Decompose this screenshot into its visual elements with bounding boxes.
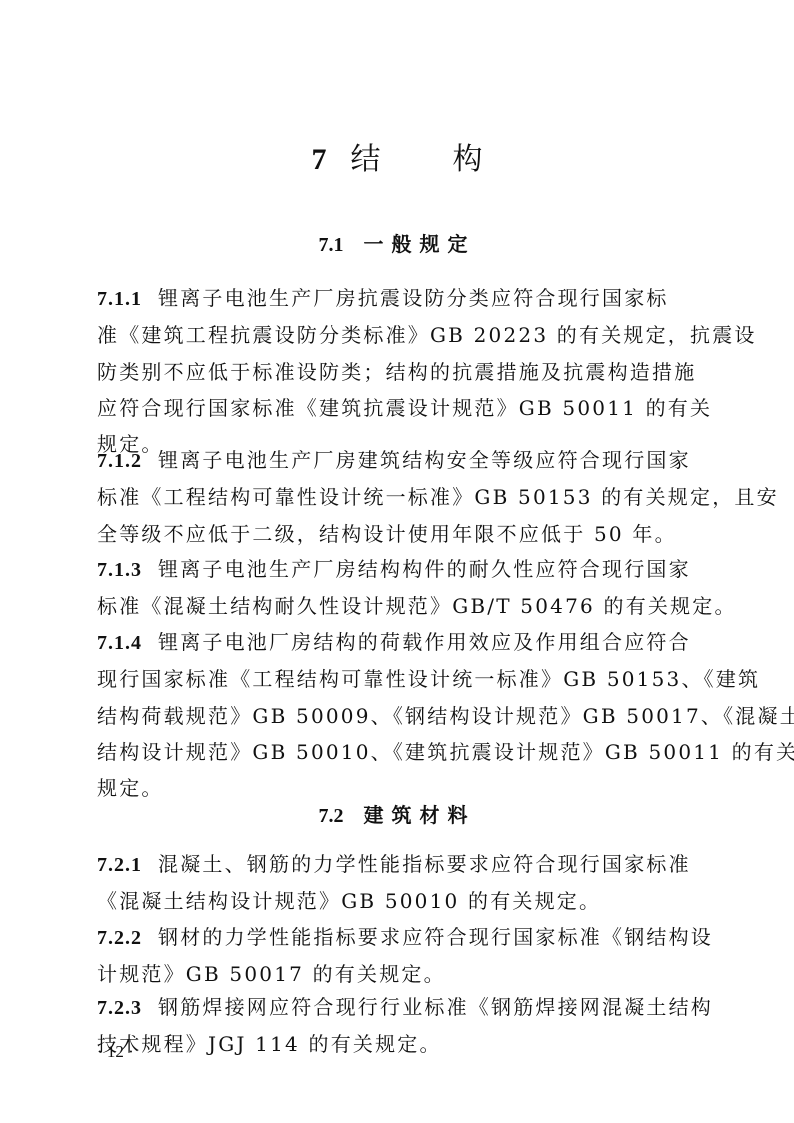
clause-text: 锂离子电池厂房结构的荷载作用效应及作用组合应符合 <box>158 630 691 654</box>
clause-7-1-4: 7.1.4锂离子电池厂房结构的荷载作用效应及作用组合应符合 现行国家标准《工程结… <box>97 624 717 806</box>
section-number: 7.1 <box>319 234 344 256</box>
section-heading: 建筑材料 <box>364 803 476 827</box>
clause-text: 准《建筑工程抗震设防分类标准》GB 20223 的有关规定，抗震设 <box>97 317 717 353</box>
document-page: 7结构 7.1一般规定 7.1.1锂离子电池生产厂房抗震设防分类应符合现行国家标… <box>0 0 794 1123</box>
clause-text: 钢材的力学性能指标要求应符合现行国家标准《钢结构设 <box>158 925 713 949</box>
chapter-title-part1: 结 <box>351 142 381 177</box>
clause-number: 7.2.3 <box>97 997 142 1019</box>
clause-text: 锂离子电池生产厂房建筑结构安全等级应符合现行国家 <box>158 448 691 472</box>
clause-number: 7.1.3 <box>97 559 142 581</box>
clause-text: 结构设计规范》GB 50010、《建筑抗震设计规范》GB 50011 的有关 <box>97 734 717 770</box>
clause-text: 防类别不应低于标准设防类；结构的抗震措施及抗震构造措施 <box>97 354 717 390</box>
section-heading: 一般规定 <box>364 232 476 256</box>
clause-text: 全等级不应低于二级，结构设计使用年限不应低于 50 年。 <box>97 516 717 552</box>
clause-7-1-2: 7.1.2锂离子电池生产厂房建筑结构安全等级应符合现行国家 标准《工程结构可靠性… <box>97 442 717 552</box>
clause-text: 计规范》GB 50017 的有关规定。 <box>97 956 717 992</box>
clause-text: 锂离子电池生产厂房结构构件的耐久性应符合现行国家 <box>158 557 691 581</box>
section-title-7-1: 7.1一般规定 <box>0 230 794 259</box>
section-number: 7.2 <box>319 805 344 827</box>
clause-text: 混凝土、钢筋的力学性能指标要求应符合现行国家标准 <box>158 852 691 876</box>
clause-7-2-2: 7.2.2钢材的力学性能指标要求应符合现行国家标准《钢结构设 计规范》GB 50… <box>97 919 717 993</box>
clause-7-1-3: 7.1.3锂离子电池生产厂房结构构件的耐久性应符合现行国家 标准《混凝土结构耐久… <box>97 551 717 625</box>
chapter-title: 7结构 <box>0 140 794 180</box>
clause-number: 7.1.1 <box>97 288 142 310</box>
clause-text: 应符合现行国家标准《建筑抗震设计规范》GB 50011 的有关 <box>97 390 717 426</box>
chapter-number: 7 <box>312 143 327 176</box>
clause-text: 标准《混凝土结构耐久性设计规范》GB/T 50476 的有关规定。 <box>97 588 717 624</box>
clause-number: 7.2.2 <box>97 927 142 949</box>
clause-text: 钢筋焊接网应符合现行行业标准《钢筋焊接网混凝土结构 <box>158 995 713 1019</box>
clause-text: 锂离子电池生产厂房抗震设防分类应符合现行国家标 <box>158 286 669 310</box>
clause-text: 标准《工程结构可靠性设计统一标准》GB 50153 的有关规定，且安 <box>97 479 717 515</box>
clause-7-2-3: 7.2.3钢筋焊接网应符合现行行业标准《钢筋焊接网混凝土结构 技术规程》JGJ … <box>97 989 717 1063</box>
clause-number: 7.2.1 <box>97 854 142 876</box>
chapter-title-part2: 构 <box>453 142 483 177</box>
clause-7-1-1: 7.1.1锂离子电池生产厂房抗震设防分类应符合现行国家标 准《建筑工程抗震设防分… <box>97 280 717 462</box>
clause-text: 现行国家标准《工程结构可靠性设计统一标准》GB 50153、《建筑 <box>97 661 717 697</box>
clause-number: 7.1.2 <box>97 450 142 472</box>
clause-number: 7.1.4 <box>97 632 142 654</box>
section-title-7-2: 7.2建筑材料 <box>0 801 794 830</box>
clause-7-2-1: 7.2.1混凝土、钢筋的力学性能指标要求应符合现行国家标准 《混凝土结构设计规范… <box>97 846 717 920</box>
clause-text: 《混凝土结构设计规范》GB 50010 的有关规定。 <box>97 883 717 919</box>
page-number: · 12 · <box>97 1040 134 1064</box>
clause-text: 结构荷载规范》GB 50009、《钢结构设计规范》GB 50017、《混凝土 <box>97 698 717 734</box>
clause-text: 技术规程》JGJ 114 的有关规定。 <box>97 1026 717 1062</box>
